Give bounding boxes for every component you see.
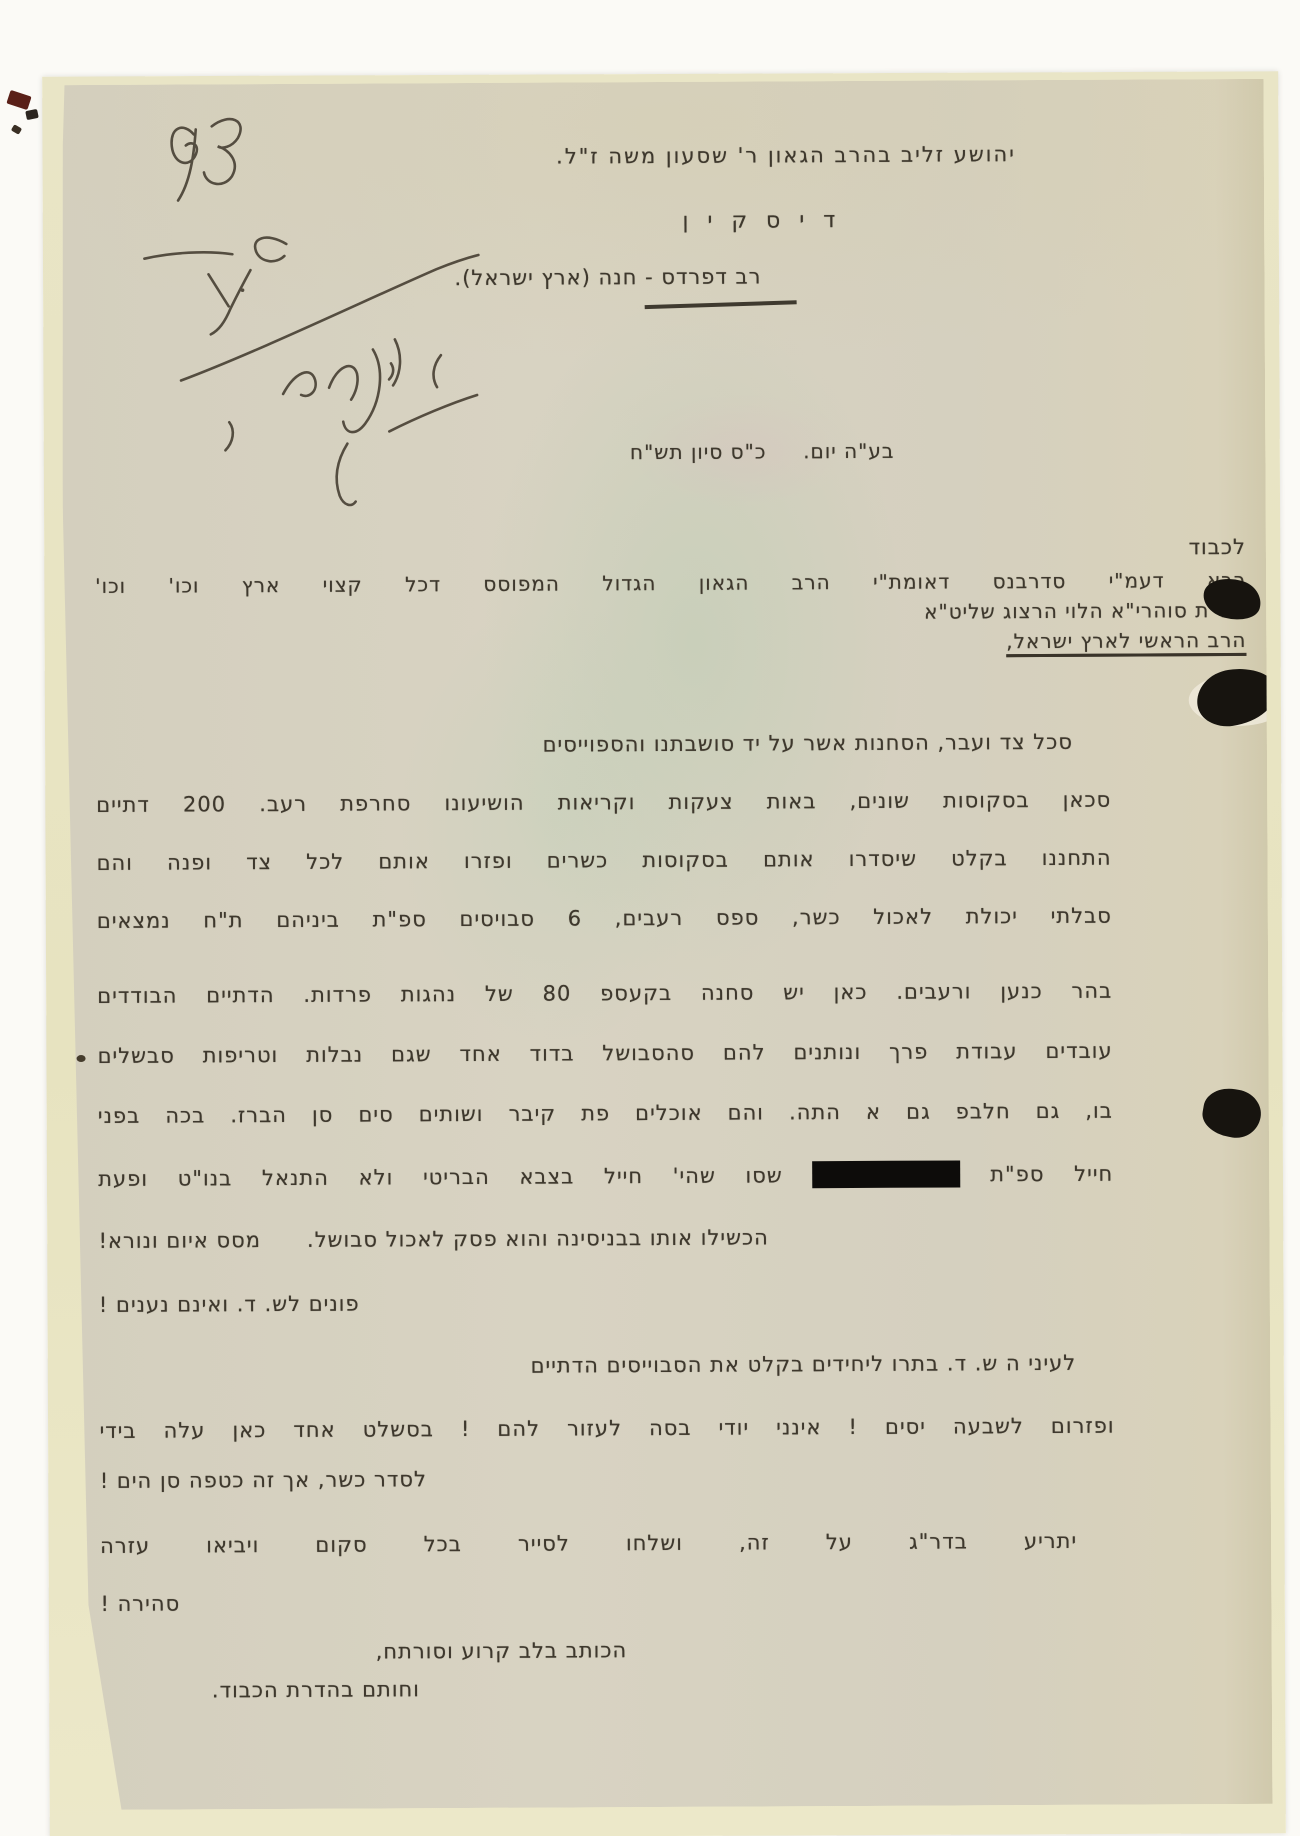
torn-corner-speck bbox=[6, 90, 31, 110]
addressee-line-1: רבא דעמ"י סדרבנס דאומת"י הרב הגאון הגדול… bbox=[95, 568, 1246, 599]
pencil-paren bbox=[433, 355, 441, 387]
salutation: לכבוד bbox=[95, 534, 1246, 566]
body-line: בהר כנען ורעבים. כאן יש סחנה בקעספ 80 של… bbox=[97, 978, 1112, 1010]
edge-speck bbox=[77, 1055, 86, 1062]
letterhead-name: ד י ס ק י ן bbox=[93, 207, 841, 238]
body-line: יתריע בדר"ג על זה, ושלחו לסייר בכל סקום … bbox=[100, 1528, 1115, 1560]
scribble-curve bbox=[255, 238, 286, 262]
body-line: סהירה ! bbox=[100, 1586, 1115, 1618]
letterhead-line-1: יהושע זליב בהרב הגאון ר' שסעון משה ז"ל. bbox=[93, 141, 1016, 172]
date-line: בע"ה יום. כ"ס סיון תש"ח bbox=[94, 439, 894, 468]
addressee-line-3: הרב הראשי לארץ ישראל, bbox=[95, 628, 1246, 659]
body-line: ופזרום לשבעה יסים ! אינני יודי בסה לעזור… bbox=[99, 1413, 1114, 1445]
body-line: בו, גם חלבפ גם א התה. והם אוכלים פת קיבר… bbox=[98, 1098, 1113, 1130]
closing-line-2: וחותם בהדרת הכבוד. bbox=[212, 1676, 420, 1703]
redaction-box bbox=[812, 1160, 960, 1188]
handwritten-annotation bbox=[106, 103, 539, 595]
body-line-redacted: חייל ספ"ת שסו שהי' חייל בצבא הבריטי ולא … bbox=[98, 1160, 1113, 1193]
body-line: סכל צד ועבר, הסחנות אשר על יד סושבתנו וה… bbox=[96, 729, 1111, 761]
torn-corner-speck bbox=[11, 124, 22, 135]
chief-rabbi-title: הרב הראשי לארץ ישראל, bbox=[1006, 628, 1246, 653]
closing-line-1: הכותב בלב קרוע וסורתח, bbox=[376, 1637, 628, 1665]
body-line: פונים לש. ד. ואינם נענים ! bbox=[99, 1287, 1114, 1319]
body-line: לעיני ה ש. ד. בתרו ליחידים בקלט את הסבוי… bbox=[99, 1350, 1114, 1382]
redacted-line-prefix: חייל ספ"ת bbox=[990, 1162, 1113, 1187]
body-line: סבלתי יכולת לאכול כשר, ספס רעבים, 6 סבוי… bbox=[97, 903, 1112, 935]
signature-squiggle bbox=[283, 339, 401, 432]
letterhead-line-3: רב דפרדס - חנה (ארץ ישראל). bbox=[93, 263, 761, 293]
body-line: התחננו בקלט שיסדרו אותם בסקוסות כשרים ופ… bbox=[96, 845, 1111, 877]
letter-paper: יהושע זליב בהרב הגאון ר' שסעון משה ז"ל. … bbox=[50, 79, 1272, 1810]
torn-corner-speck bbox=[25, 109, 39, 120]
redacted-line-suffix: שסו שהי' חייל בצבא הבריטי ולא התנאל בנו"… bbox=[98, 1163, 783, 1191]
hole-punch-mark bbox=[1199, 1084, 1264, 1141]
addressee-line-2: כש"ת סוהרי"א הלוי הרצוג שליט"א bbox=[95, 598, 1246, 629]
pencil-tick bbox=[389, 363, 393, 379]
body-line: עובדים עבודת פרך ונותנים להם סהסבושל בדו… bbox=[98, 1038, 1113, 1070]
stroke-tail bbox=[389, 395, 477, 431]
scanned-letter-page: { "document_type": "typewritten-letter-s… bbox=[0, 0, 1300, 1836]
letterhead-underline bbox=[645, 300, 797, 308]
body-line: לסדר כשר, אך זה כטפה סן הים ! bbox=[100, 1463, 1115, 1495]
body-line: סכאן בסקוסות שונים, באות צעקות וקריאות ה… bbox=[96, 787, 1111, 819]
pencil-dash bbox=[144, 252, 232, 259]
body-line: הכשילו אותו בבניסינה והוא פסק לאכול סבוש… bbox=[98, 1223, 1113, 1255]
